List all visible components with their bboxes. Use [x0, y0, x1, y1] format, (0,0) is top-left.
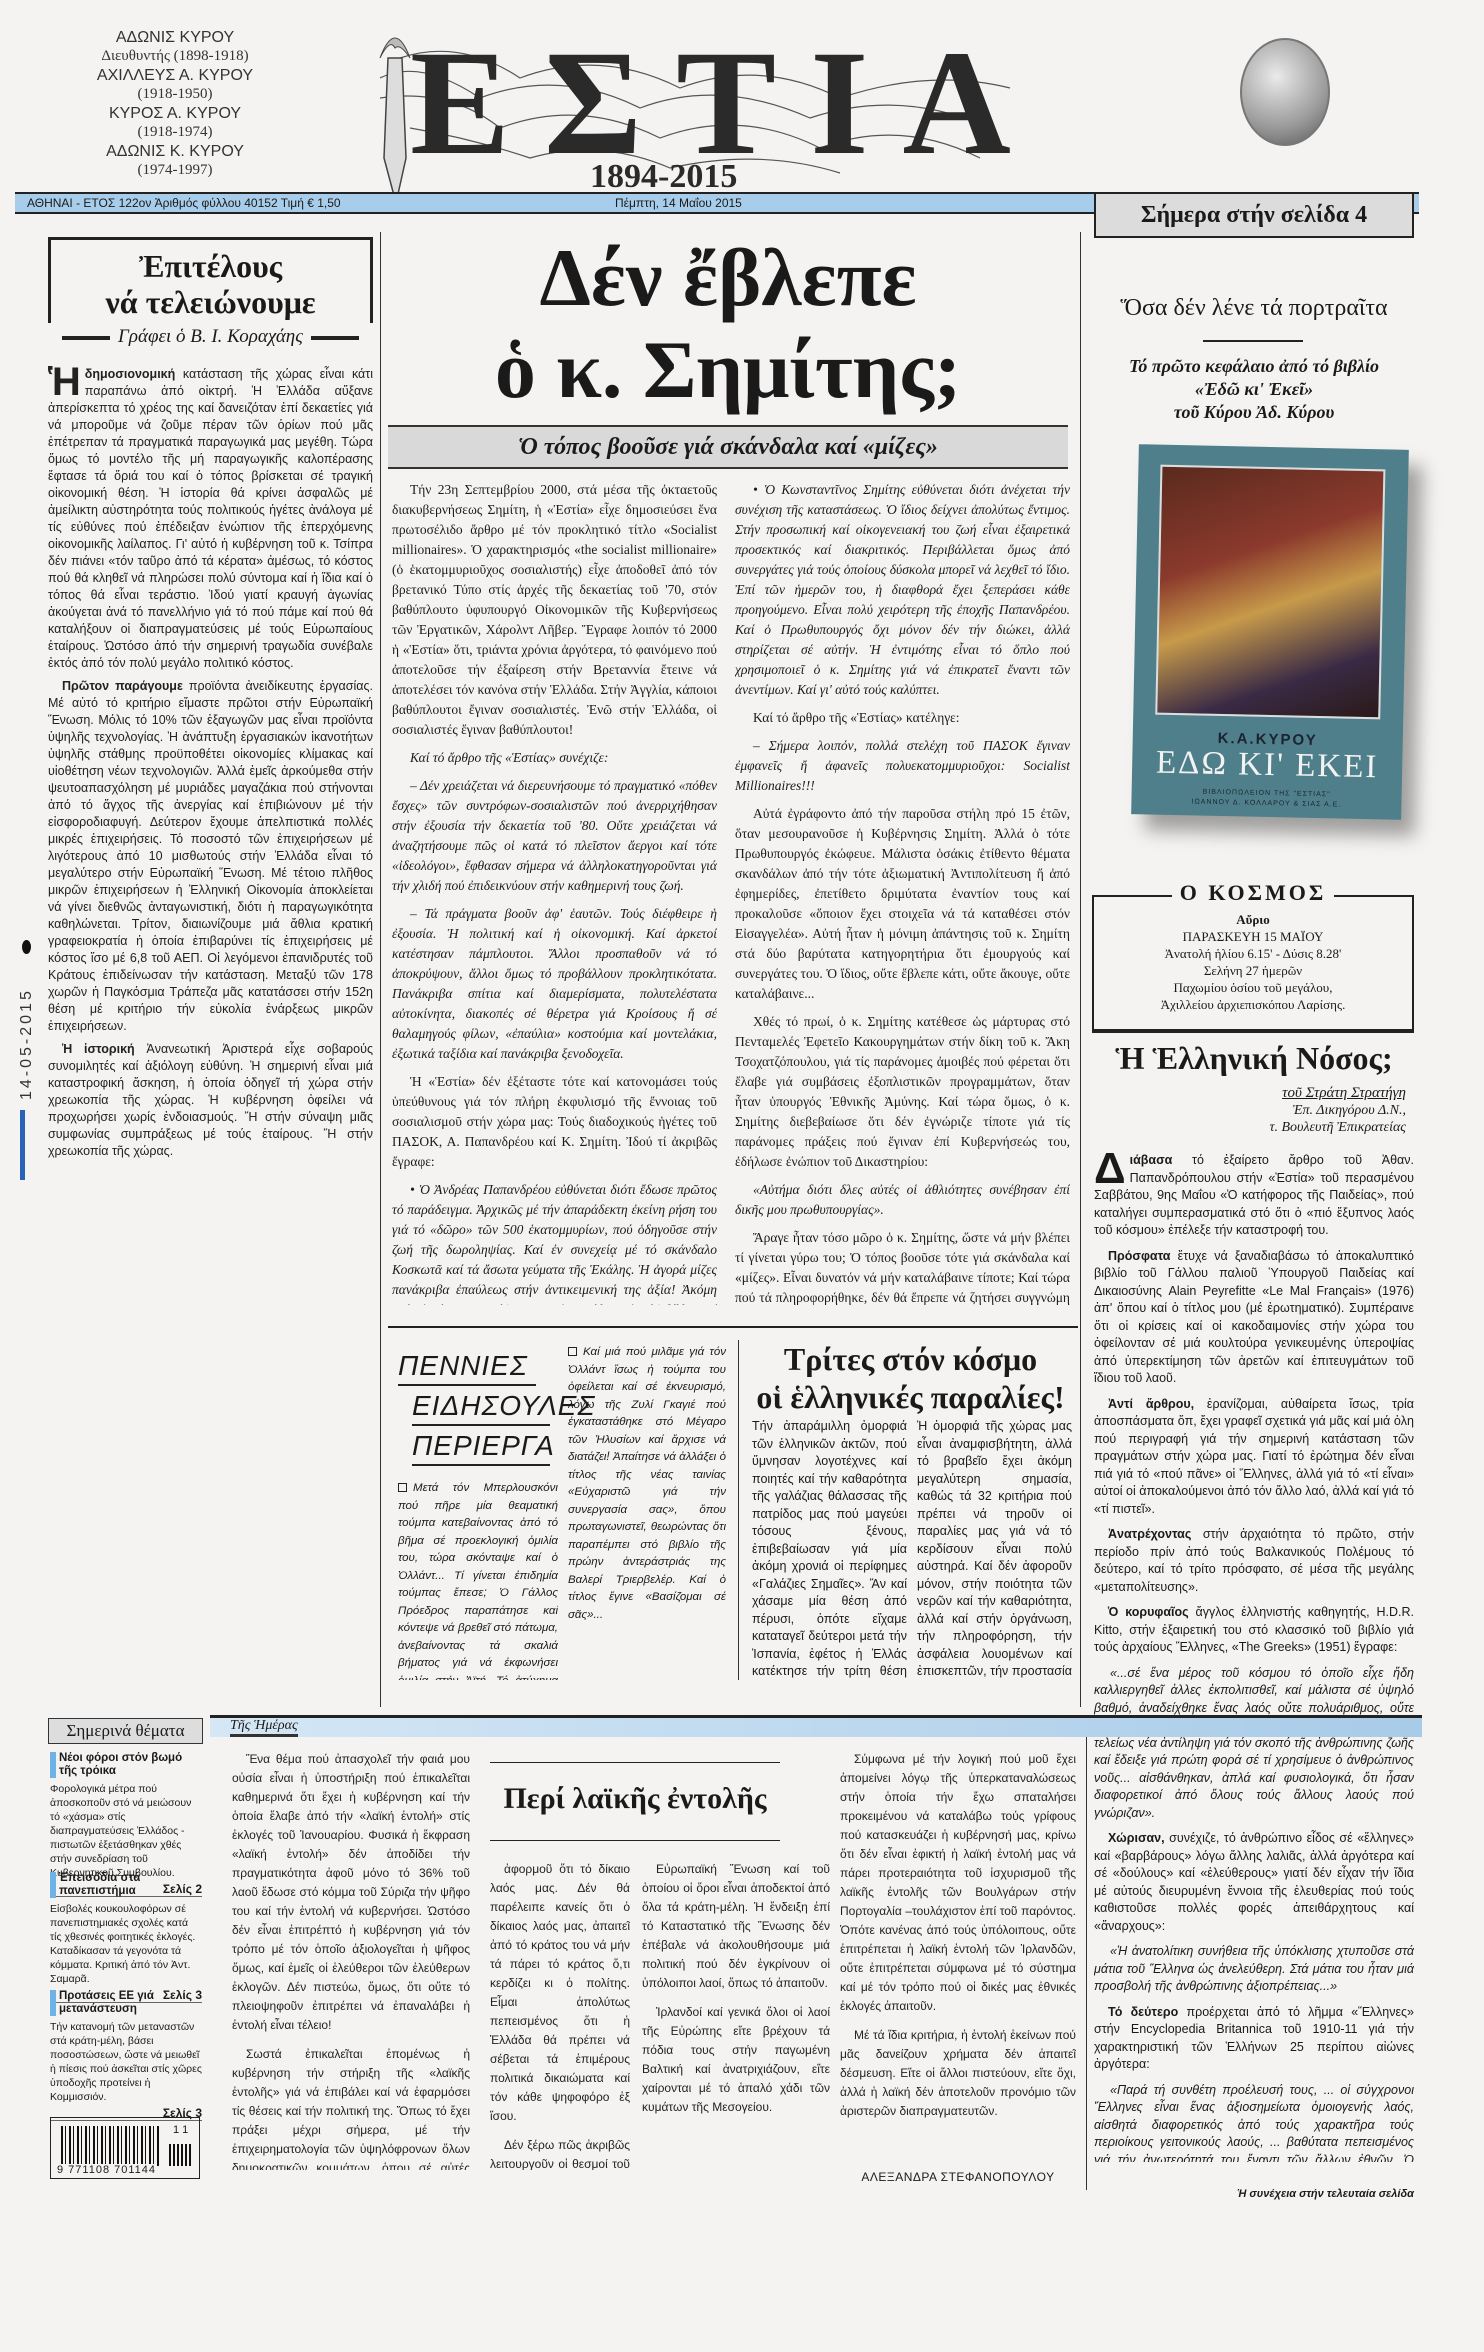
dropcap: Ἡ	[48, 366, 81, 398]
founder-name: ΚΥΡΟΣ Α. ΚΥΡΟΥ	[90, 104, 260, 123]
founder-name: ΑΔΩΝΙΣ Κ. ΚΥΡΟΥ	[90, 142, 260, 161]
column-label: Τῆς Ἡμέρας	[230, 1718, 298, 1737]
paragraph: • Ὁ Ἀνδρέας Παπανδρέου εὐθύνεται διότι ἔ…	[392, 1180, 717, 1305]
founder-name: ΑΧΙΛΛΕΥΣ Α. ΚΥΡΟΥ	[90, 66, 260, 85]
issue-date: Πέμπτη, 14 Μαΐου 2015	[615, 194, 742, 212]
logo-years: 1894-2015	[590, 158, 737, 196]
paragraph: Τήν 23η Σεπτεμβρίου 2000, στά μέσα τῆς ὀ…	[392, 480, 717, 740]
lead-word: Ἡ ἱστορική	[62, 1042, 135, 1056]
almanac-saints: Ἀχιλλείου ἀρχιεπισκόπου Λαρίσης.	[1094, 996, 1412, 1013]
beaches-headline-line2: οἱ ἑλληνικές παραλίες!	[748, 1378, 1073, 1416]
book-subtitle: Τό πρῶτο κεφάλαιο ἀπό τό βιβλίο «Ἐδῶ κι'…	[1094, 355, 1414, 424]
almanac-tomorrow: Αὔριο	[1094, 911, 1412, 928]
author-role: τ. Βουλευτῆ Ἐπικρατείας	[1094, 1119, 1406, 1136]
paragraph: προϊόντα ἀνειδίκευτης ἐργασίας. Μέ αὐτό …	[48, 679, 373, 1033]
barcode: 9 771108 701144 1 1	[50, 2117, 200, 2179]
almanac-title: Ο ΚΟΣΜΟΣ	[1092, 880, 1414, 906]
column-divider	[738, 1340, 739, 1680]
column-author-signature: ΑΛΕΞΑΝΔΡΑ ΣΤΕΦΑΝΟΠΟΥΛΟΥ	[838, 2170, 1078, 2184]
paragraph: Σύμφωνα μέ τήν λογική πού μοῦ ἔχει ἀπομε…	[840, 1750, 1076, 2016]
almanac-sun: Ἀνατολή ἡλίου 6.15' - Δύσις 8.28'	[1094, 945, 1412, 962]
margin-dot	[22, 940, 31, 954]
almanac-saints: Παχωμίου ὁσίου τοῦ μεγάλου,	[1094, 979, 1412, 996]
almanac-moon: Σελήνη 27 ἡμερῶν	[1094, 962, 1412, 979]
paragraph: Ἄραγε ἦταν τόσο μῶρο ὁ κ. Σημίτης, ὥστε …	[735, 1228, 1070, 1305]
page-reference-box[interactable]: Σήμερα στήν σελίδα 4	[1094, 192, 1414, 238]
book-cover-image: Κ.Α.ΚΥΡΟΥ ΕΔΩ ΚΙ' ΕΚΕΙ ΒΙΒΛΙΟΠΩΛΕΙΟΝ ΤΗΣ…	[1131, 444, 1409, 820]
column-divider	[380, 232, 381, 1707]
topic-item[interactable]: Προτάσεις ΕΕ γιά μετανάστευση Τήν κατανο…	[50, 1990, 202, 2121]
book-subtitle-line2: «Ἐδῶ κι' Ἐκεῖ»	[1094, 378, 1414, 401]
barcode-addon-number: 1 1	[173, 2124, 188, 2136]
paragraph: Αὐτά ἐγράφοντο ἀπό τήν παροῦσα στήλη πρό…	[735, 804, 1070, 1004]
paragraph: Εὐρωπαϊκή Ἕνωση καί τοῦ ὁποίου οἱ ὅροι ε…	[642, 1860, 830, 1993]
lead-word: Ἀνατρέχοντας	[1108, 1527, 1191, 1541]
founder-years: (1974-1997)	[90, 161, 260, 180]
headline-line2: ὁ κ. Σημίτης;	[388, 324, 1068, 416]
opinion-body: Διάβασα τό ἐξαίρετο ἄρθρο τοῦ Ἀθαν. Παπα…	[1094, 1152, 1414, 2162]
beaches-headline-line1: Τρίτες στόν κόσμο	[748, 1340, 1073, 1378]
author-role: Ἐπ. Δικηγόρου Δ.Ν.,	[1094, 1102, 1406, 1119]
quote: «Παρά τή συνθέτη προέλευσή τους, ... οἱ …	[1094, 2082, 1414, 2163]
gossip-column-1: Μετά τόν Μπερλουσκόνι πού πῆρε μία θεαμα…	[398, 1480, 558, 1680]
imeras-headline: Περί λαϊκῆς ἐντολῆς	[490, 1782, 780, 1816]
left-article-title-box: Ἐπιτέλους νά τελειώνουμε	[48, 237, 373, 323]
column-divider	[1080, 232, 1081, 1707]
paragraph: Καί τό ἄρθρο τῆς «Ἑστίας» κατέληγε:	[735, 708, 1070, 728]
paragraph: – Τά πράγματα βοοῦν ἀφ' ἑαυτῶν. Τούς διέ…	[392, 904, 717, 1064]
paragraph: Ἰρλανδοί καί γενικά ὅλοι οἱ λαοί τῆς Εὐρ…	[642, 2003, 830, 2117]
gossip-column-2: Καί μιά πού μιλᾶμε γιά τόν Ὀλλάντ ἴσως ἡ…	[568, 1344, 726, 1680]
book-title: ΕΔΩ ΚΙ' ΕΚΕΙ	[1132, 744, 1403, 787]
opinion-headline: Ἡ Ἑλληνική Νόσος;	[1094, 1040, 1414, 1077]
vertical-date-stamp: 14-05-2015	[18, 988, 36, 1100]
almanac-title-text: Ο ΚΟΣΜΟΣ	[1172, 880, 1335, 905]
imeras-column-4: Σύμφωνα μέ τήν λογική πού μοῦ ἔχει ἀπομε…	[840, 1750, 1076, 2170]
paragraph: • Ὁ Κωνσταντῖνος Σημίτης εὐθύνεται διότι…	[735, 480, 1070, 700]
paragraph: ἐρανίζομαι, αὐθαίρετα ἴσως, τρία ἀποσπάσ…	[1094, 1397, 1414, 1516]
topic-summary: Εἰσβολές κουκουλοφόρων σέ πανεπιστημιακέ…	[50, 1902, 202, 1986]
book-publisher: ΒΙΒΛΙΟΠΩΛΕΙΟΝ ΤΗΣ "ΕΣΤΙΑΣ" ΙΩΑΝΝΟΥ Δ. ΚΟ…	[1131, 786, 1401, 812]
gossip-title-3: ΠΕΡΙΕΡΓΑ	[412, 1430, 550, 1466]
founder-name: ΑΔΩΝΙΣ ΚΥΡΟΥ	[90, 28, 260, 47]
coin-emblem-icon	[1240, 38, 1330, 146]
beaches-column-1: Τήν ἀπαράμιλλη ὀμορφιά τῶν ἑλληνικῶν ἀκτ…	[752, 1418, 907, 1680]
paragraph: – Σήμερα λοιπόν, πολλά στελέχη τοῦ ΠΑΣΟΚ…	[735, 736, 1070, 796]
column-band	[210, 1715, 1422, 1737]
barcode-bars-icon	[61, 2126, 161, 2166]
quote: «Ἡ ἀνατολίτικη συνήθεια τῆς ὑπόκλισης χτ…	[1094, 1943, 1414, 1996]
topic-item[interactable]: Ἐπεισόδια στά πανεπιστήμια Εἰσβολές κουκ…	[50, 1872, 202, 2003]
paragraph: ἀφορμοῦ ὅτι τό δίκαιο λαός μας. Δέν θά π…	[490, 1860, 630, 2126]
lead-word: ιάβασα	[1130, 1153, 1173, 1167]
main-article-column-1: Τήν 23η Σεπτεμβρίου 2000, στά μέσα τῆς ὀ…	[392, 480, 717, 1305]
lead-word: Ὁ κορυφαῖος	[1108, 1605, 1189, 1619]
imeras-column-3: Εὐρωπαϊκή Ἕνωση καί τοῦ ὁποίου οἱ ὅροι ε…	[642, 1860, 830, 2170]
paragraph: Ἡ «Ἑστία» δέν ἐξέταστε τότε καί κατονομά…	[392, 1072, 717, 1172]
paragraph: συνέχιζε, τό ἀνθρώπινο εἶδος σέ «ἕλληνες…	[1094, 1831, 1414, 1933]
opinion-byline: τοῦ Στράτη Στρατήγη Ἐπ. Δικηγόρου Δ.Ν., …	[1094, 1085, 1406, 1136]
gossip-item: Μετά τόν Μπερλουσκόνι πού πῆρε μία θεαμα…	[398, 1482, 558, 1680]
founder-years: Διευθυντής (1898-1918)	[90, 47, 260, 66]
barcode-addon-bars-icon	[169, 2144, 193, 2166]
paragraph: Ἀνανεωτική Ἀριστερά εἶχε σοβαρούς συνομι…	[48, 1042, 373, 1158]
book-subtitle-line3: τοῦ Κύρου Ἀδ. Κύρου	[1094, 401, 1414, 424]
main-article-column-2: • Ὁ Κωνσταντῖνος Σημίτης εὐθύνεται διότι…	[735, 480, 1070, 1305]
left-article-title-line1: Ἐπιτέλους	[51, 248, 370, 284]
lead-word: Ἀντί ἄρθρου,	[1108, 1397, 1194, 1411]
paragraph: Σωστά ἐπικαλεῖται ἐπομένως ἡ κυβέρνηση τ…	[232, 2045, 470, 2170]
imeras-column-1: Ἕνα θέμα πού ἀπασχολεῖ τήν φαιά μου οὐσί…	[232, 1750, 470, 2170]
lead-word: Πρόσφατα	[1108, 1249, 1171, 1263]
gossip-title-2: ΕΙΔΗΣΟΥΛΕΣ	[412, 1390, 550, 1426]
topic-title: Νέοι φόροι στόν βωμό τῆς τρόικα	[50, 1752, 202, 1778]
main-subheadline: Ὁ τόπος βοοῦσε γιά σκάνδαλα καί «μίζες»	[388, 425, 1068, 469]
founders-list: ΑΔΩΝΙΣ ΚΥΡΟΥ Διευθυντής (1898-1918) ΑΧΙΛ…	[90, 28, 260, 180]
paragraph: κατάσταση τῆς χώρας εἶναι κάτι παραπάνω …	[48, 367, 373, 670]
paragraph: ἔτυχε νά ξαναδιαβάσω τό ἀποκαλυπτικό βιβ…	[1094, 1249, 1414, 1386]
dropcap: Δ	[1094, 1152, 1126, 1186]
lead-word: Πρῶτον παράγουμε	[62, 679, 183, 693]
newspaper-logo: ΕΣΤΙΑ 1894-2015	[340, 18, 1060, 188]
title-rule	[490, 1840, 780, 1841]
bullet-square-icon	[568, 1347, 577, 1356]
lead-word: δημοσιονομική	[85, 367, 175, 381]
topic-title: Ἐπεισόδια στά πανεπιστήμια	[50, 1872, 202, 1898]
paragraph: – Δέν χρειάζεται νά διερευνήσουμε τό πρα…	[392, 776, 717, 896]
paragraph: Μέ τά ἴδια κριτήρια, ἡ ἐντολή ἐκείνων πο…	[840, 2026, 1076, 2121]
continued-on-last-page-link[interactable]: Ἡ συνέχεια στήν τελευταία σελίδα	[1094, 2188, 1414, 2200]
todays-topics-header: Σημερινά θέματα	[48, 1718, 203, 1744]
section-divider	[388, 1326, 1078, 1328]
imeras-column-2: ἀφορμοῦ ὅτι τό δίκαιο λαός μας. Δέν θά π…	[490, 1860, 630, 2170]
paragraph: Ἕνα θέμα πού ἀπασχολεῖ τήν φαιά μου οὐσί…	[232, 1750, 470, 2035]
title-rule	[490, 1762, 780, 1763]
main-headline: Δέν ἔβλεπε ὁ κ. Σημίτης;	[388, 232, 1068, 416]
edition-info: ΑΘΗΝΑΙ - ΕΤΟΣ 122ον Ἀριθμός φύλλου 40152…	[27, 194, 341, 212]
topic-title: Προτάσεις ΕΕ γιά μετανάστευση	[50, 1990, 202, 2016]
left-article-body: Ἡδημοσιονομική κατάσταση τῆς χώρας εἶναι…	[48, 366, 373, 1696]
paragraph: Χθές τό πρωί, ὁ κ. Σημίτης κατέθεσε ὡς μ…	[735, 1012, 1070, 1172]
margin-bar	[20, 1110, 25, 1180]
almanac-day: ΠΑΡΑΣΚΕΥΗ 15 ΜΑΪΟΥ	[1094, 928, 1412, 945]
almanac-box: Αὔριο ΠΑΡΑΣΚΕΥΗ 15 ΜΑΪΟΥ Ἀνατολή ἡλίου 6…	[1092, 895, 1414, 1033]
title-underline	[1203, 340, 1303, 342]
headline-line1: Δέν ἔβλεπε	[388, 232, 1068, 324]
barcode-number: 9 771108 701144	[57, 2164, 156, 2176]
quote: «...σέ ἕνα μέρος τοῦ κόσμου τό ὁποῖο εἶχ…	[1094, 1665, 1414, 1823]
author-name: τοῦ Στράτη Στρατήγη	[1094, 1085, 1406, 1102]
founder-years: (1918-1974)	[90, 123, 260, 142]
left-article-title-line2: νά τελειώνουμε	[51, 284, 370, 320]
gossip-title-1: ΠΕΝΝΙΕΣ	[398, 1350, 536, 1386]
beaches-column-2: Ἡ ὀμορφιά τῆς χώρας μας εἶναι ἀναμφισβήτ…	[917, 1418, 1072, 1680]
portraits-title: Ὅσα δέν λένε τά πορτραῖτα	[1094, 295, 1414, 322]
paragraph: Δέν ξέρω πῶς ἀκριβῶς λειτουργοῦν οἱ θεσμ…	[490, 2136, 630, 2170]
topic-summary: Τήν κατανομή τῶν μεταναστῶν στά κράτη-μέ…	[50, 2020, 202, 2104]
founder-years: (1918-1950)	[90, 85, 260, 104]
left-article-byline: Γράφει ὁ Β. Ι. Κοραχάης	[48, 326, 373, 348]
book-subtitle-line1: Τό πρῶτο κεφάλαιο ἀπό τό βιβλίο	[1094, 355, 1414, 378]
bullet-square-icon	[398, 1483, 407, 1492]
madonna-painting-image	[1155, 465, 1385, 720]
lead-word: Χώρισαν,	[1108, 1831, 1165, 1845]
topic-summary: Φορολογικά μέτρα πού ἀποσκοποῦν στό νά μ…	[50, 1782, 202, 1880]
beaches-headline: Τρίτες στόν κόσμο οἱ ἑλληνικές παραλίες!	[748, 1340, 1073, 1416]
lead-word: Τό δεύτερο	[1108, 2005, 1178, 2019]
gossip-item: Καί μιά πού μιλᾶμε γιά τόν Ὀλλάντ ἴσως ἡ…	[568, 1346, 726, 1621]
paragraph: «Αὐτήμα διότι δλες αὐτές οἱ ἀθλιότητες σ…	[735, 1180, 1070, 1220]
paragraph: Καί τό ἄρθρο τῆς «Ἑστίας» συνέχιζε:	[392, 748, 717, 768]
column-divider	[1086, 1720, 1087, 2190]
